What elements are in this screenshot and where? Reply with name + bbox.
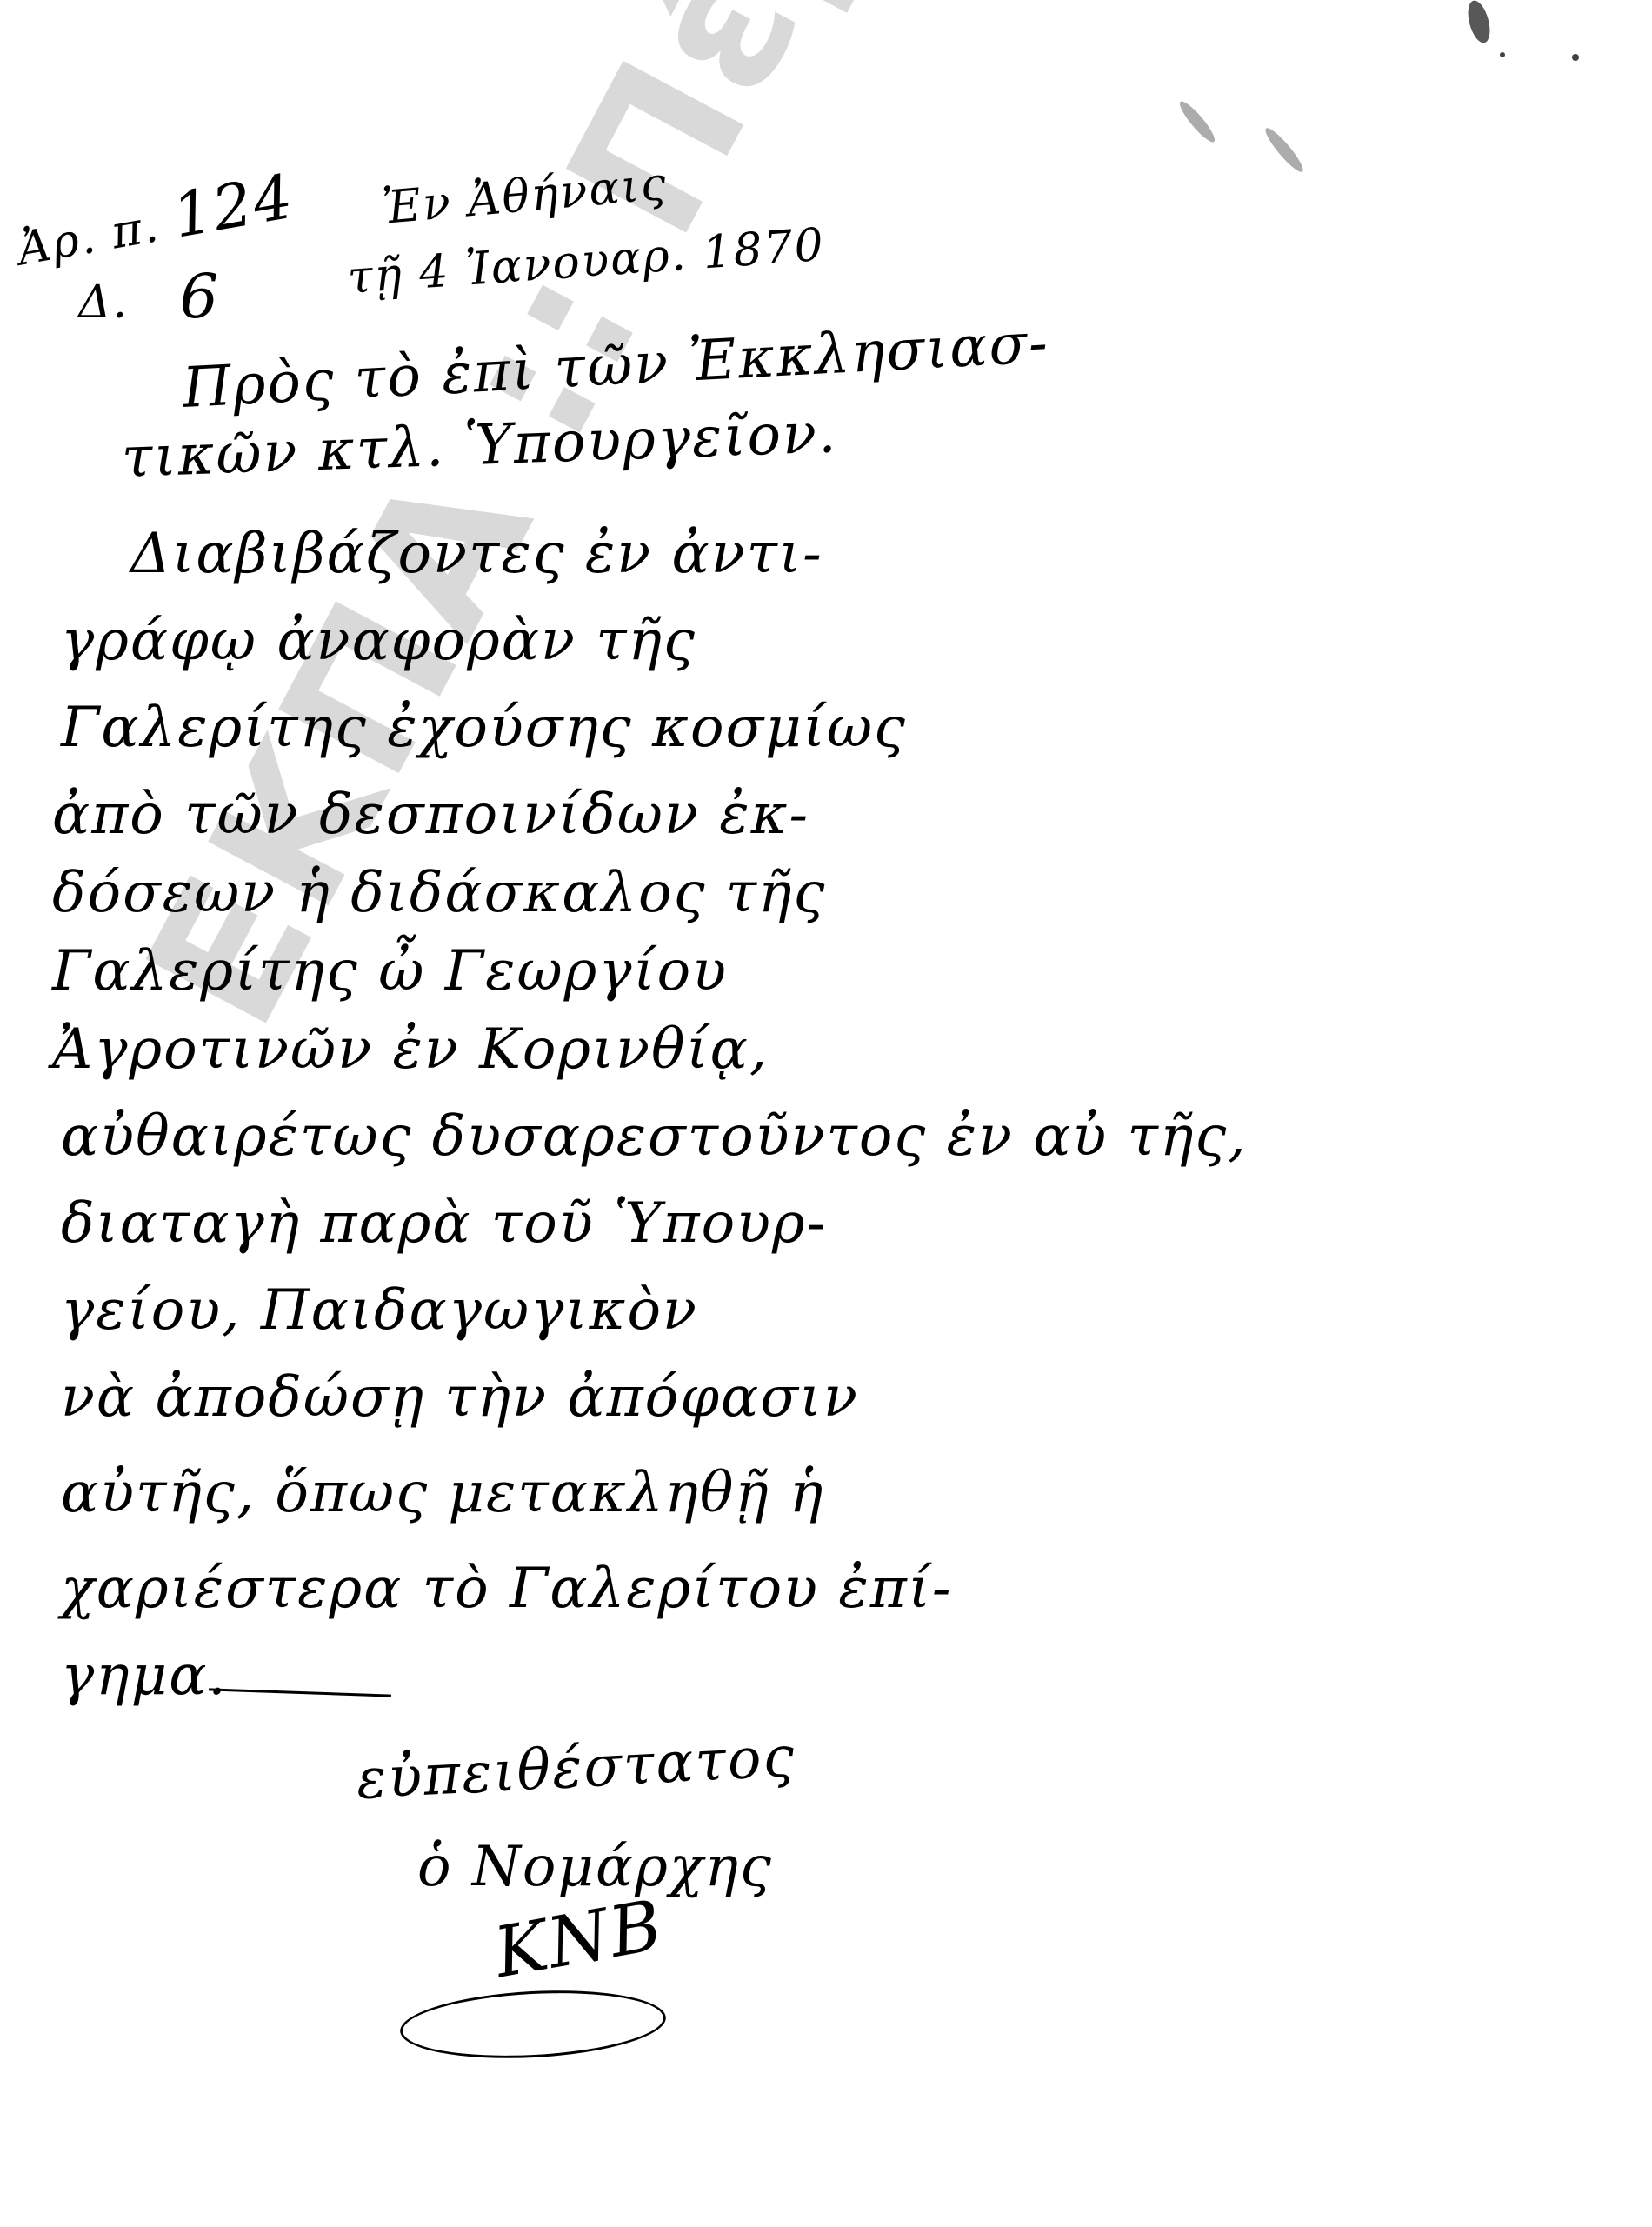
body-line: αὐθαιρέτως δυσαρεστοῦντος ἐν αὐ τῆς, xyxy=(61,1104,1248,1169)
signatory-title: ὁ Νομάρχης xyxy=(417,1835,773,1899)
body-line: χαριέστερα τὸ Γαλερίτου ἐπί- xyxy=(61,1557,953,1621)
registry-sub-label: Δ. xyxy=(78,277,129,329)
signature-flourish xyxy=(398,1984,668,2064)
scan-artifact xyxy=(1464,0,1494,45)
body-line: Διαβιβάζοντες ἐν ἀντι- xyxy=(130,522,823,586)
body-line: γράφῳ ἀναφορὰν τῆς xyxy=(61,609,696,673)
line-filler-stroke xyxy=(209,1688,391,1697)
body-line: Γαλερίτης ὦ Γεωργίου xyxy=(52,939,728,1003)
document-page: ΕΚΠΑ :: Πέργαμος Ἀρ. π. 124 Δ. 6 Ἐν Ἀθήν… xyxy=(0,0,1652,2227)
scan-artifact xyxy=(1572,54,1579,61)
body-line: Ἀγροτινῶν ἐν Κορινθίᾳ, xyxy=(52,1017,769,1082)
valediction: εὐπειθέστατος xyxy=(355,1725,797,1812)
body-line: γείου, Παιδαγωγικὸν xyxy=(61,1278,698,1343)
body-line: αὐτῆς, ὅπως μετακληθῇ ἡ xyxy=(61,1461,824,1525)
body-line: δόσεων ἡ διδάσκαλος τῆς xyxy=(52,861,826,925)
body-line: ἀπὸ τῶν δεσποινίδων ἐκ- xyxy=(52,783,809,847)
registry-sub: Δ. 6 xyxy=(78,261,220,332)
body-line: γημα. xyxy=(61,1644,228,1708)
body-line: διαταγὴ παρὰ τοῦ Ὑπουρ- xyxy=(61,1191,827,1256)
body-line: νὰ ἀποδώσῃ τὴν ἀπόφασιν xyxy=(61,1365,859,1430)
scan-artifact xyxy=(1176,98,1218,146)
body-line: Γαλερίτης ἐχούσης κοσμίως xyxy=(61,696,907,760)
scan-artifact xyxy=(1500,52,1505,57)
registry-number: 124 xyxy=(168,161,300,252)
scan-artifact xyxy=(1262,124,1308,176)
registry-sub-number: 6 xyxy=(180,261,221,332)
signature-initials: ΚΝΒ xyxy=(489,1884,669,1993)
